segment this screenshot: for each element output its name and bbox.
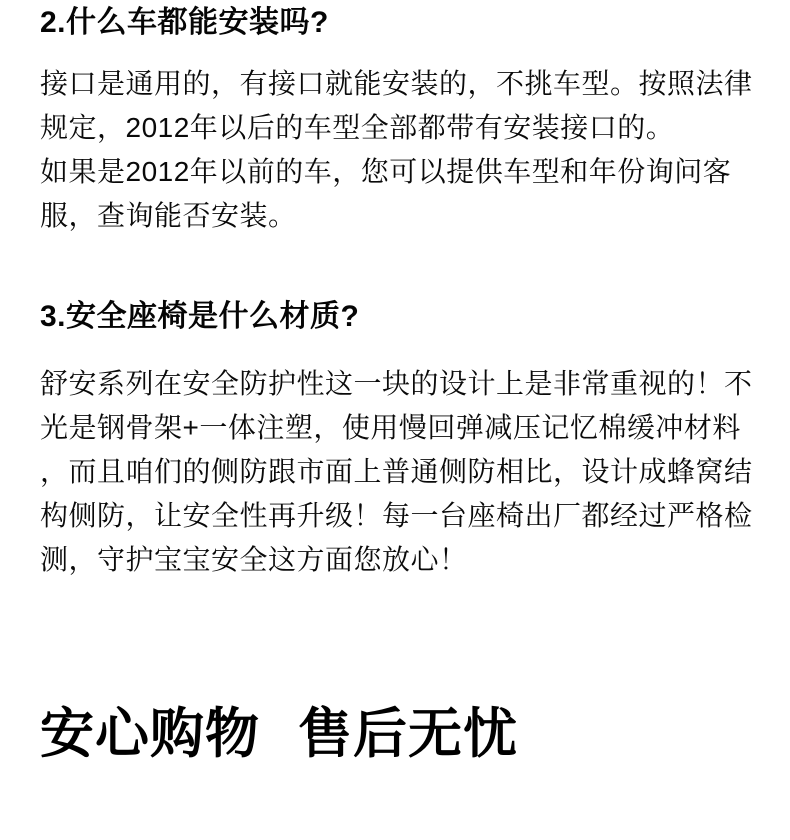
faq-answer-3-line: 舒安系列在安全防护性这一块的设计上是非常重视的！不 — [40, 362, 756, 406]
faq-answer-2-line: 服，查询能否安装。 — [40, 194, 756, 238]
faq-answer-2-line: 规定，2012年以后的车型全部都带有安装接口的。 — [40, 106, 756, 150]
faq-answer-2: 接口是通用的，有接口就能安装的，不挑车型。按照法律 规定，2012年以后的车型全… — [40, 62, 756, 238]
faq-question-2: 2.什么车都能安装吗? — [40, 5, 756, 41]
faq-question-3: 3.安全座椅是什么材质? — [40, 299, 756, 335]
faq-answer-3-line: 光是钢骨架+一体注塑，使用慢回弹减压记忆棉缓冲材料 — [40, 406, 756, 450]
faq-answer-3: 舒安系列在安全防护性这一块的设计上是非常重视的！不 光是钢骨架+一体注塑，使用慢… — [40, 362, 756, 582]
faq-answer-3-line: ，而且咱们的侧防跟市面上普通侧防相比，设计成蜂窝结 — [40, 450, 756, 494]
faq-answer-3-line: 测，守护宝宝安全这方面您放心！ — [40, 538, 756, 582]
product-detail-faq-section: 2.什么车都能安装吗? 接口是通用的，有接口就能安装的，不挑车型。按照法律 规定… — [0, 0, 790, 840]
faq-answer-2-line: 接口是通用的，有接口就能安装的，不挑车型。按照法律 — [40, 62, 756, 106]
faq-answer-2-line: 如果是2012年以前的车，您可以提供车型和年份询问客 — [40, 150, 756, 194]
after-sales-banner-title: 安心购物 售后无忧 — [40, 702, 756, 766]
faq-answer-3-line: 构侧防，让安全性再升级！每一台座椅出厂都经过严格检 — [40, 494, 756, 538]
